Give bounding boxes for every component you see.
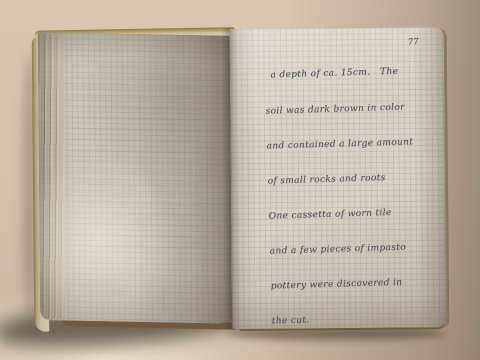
handwriting-line: pottery were discovered in (271, 276, 447, 293)
handwriting-block: a depth of ca. 15cm. The soil was dark b… (264, 42, 449, 351)
ink-bleed-through (72, 59, 202, 257)
handwriting-line: a depth of ca. 15cm. The (264, 66, 440, 83)
handwriting-line: and contained a large amount (266, 136, 442, 153)
handwriting-line: and a few pieces of impasto (270, 241, 446, 258)
handwriting-line: of small rocks and roots (267, 171, 443, 188)
right-page-written: 77 a depth of ca. 15cm. The soil was dar… (230, 27, 447, 329)
left-page-blank-grid (38, 32, 233, 324)
handwriting-line: the cut. (272, 311, 448, 328)
gutter-fold-shadow (222, 28, 239, 329)
photo-of-notebook: { "notebook": { "right_page": { "page_nu… (0, 0, 480, 360)
stacked-sheet-streaks (39, 34, 67, 318)
open-notebook: 77 a depth of ca. 15cm. The soil was dar… (32, 24, 449, 340)
handwriting-line: One cassetta of worn tile (269, 206, 445, 223)
handwriting-line: soil was dark brown in color (265, 101, 441, 118)
